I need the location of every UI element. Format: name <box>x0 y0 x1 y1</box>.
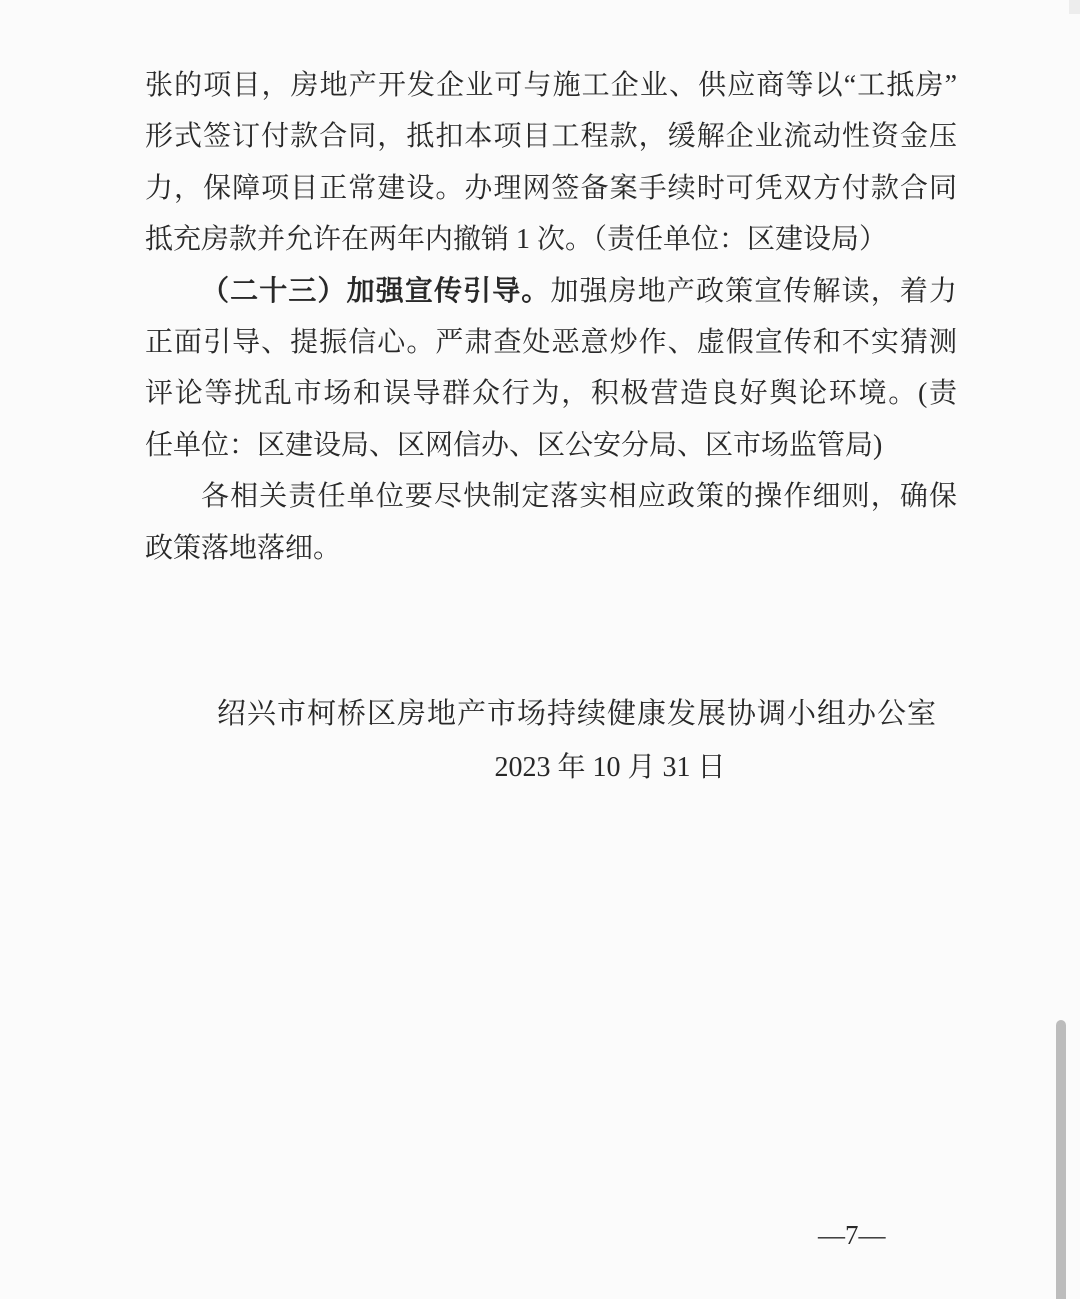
document-line: 任单位：区建设局、区网信办、区公安分局、区市场监管局) <box>145 420 957 471</box>
scan-artifact <box>1069 0 1080 14</box>
document-line: 各相关责任单位要尽快制定落实相应政策的操作细则，确保 <box>145 471 957 522</box>
document-line: 抵充房款并允许在两年内撤销 1 次。（责任单位：区建设局） <box>145 214 957 265</box>
text-run: 加强房地产政策宣传解读，着力 <box>550 276 957 307</box>
bold-text-run: （二十三）加强宣传引导。 <box>201 276 550 307</box>
text-run: 各相关责任单位要尽快制定落实相应政策的操作细则，确保 <box>201 481 957 512</box>
text-run: 抵充房款并允许在两年内撤销 1 次。（责任单位：区建设局） <box>145 224 887 255</box>
document-page: 张的项目，房地产开发企业可与施工企业、供应商等以“工抵房”形式签订付款合同，抵扣… <box>0 0 1080 1299</box>
signature-block: 绍兴市柯桥区房地产市场持续健康发展协调小组办公室 2023 年 10 月 31 … <box>0 688 1080 795</box>
document-line: 张的项目，房地产开发企业可与施工企业、供应商等以“工抵房” <box>145 60 957 111</box>
document-line: 形式签订付款合同，抵扣本项目工程款，缓解企业流动性资金压 <box>145 111 957 162</box>
text-run: 张的项目，房地产开发企业可与施工企业、供应商等以“工抵房” <box>145 70 957 101</box>
text-run: 任单位：区建设局、区网信办、区公安分局、区市场监管局) <box>145 430 882 461</box>
text-run: 力，保障项目正常建设。办理网签备案手续时可凭双方付款合同 <box>145 173 957 204</box>
document-body: 张的项目，房地产开发企业可与施工企业、供应商等以“工抵房”形式签订付款合同，抵扣… <box>145 60 957 574</box>
document-line: 评论等扰乱市场和误导群众行为，积极营造良好舆论环境。(责 <box>145 368 957 419</box>
signature-date: 2023 年 10 月 31 日 <box>0 740 1080 795</box>
text-run: 正面引导、提振信心。严肃查处恶意炒作、虚假宣传和不实猜测 <box>145 327 957 358</box>
document-line: （二十三）加强宣传引导。加强房地产政策宣传解读，着力 <box>145 266 957 317</box>
document-line: 力，保障项目正常建设。办理网签备案手续时可凭双方付款合同 <box>145 163 957 214</box>
document-line: 政策落地落细。 <box>145 523 957 574</box>
signature-organization: 绍兴市柯桥区房地产市场持续健康发展协调小组办公室 <box>0 688 1080 740</box>
page-number: —7— <box>818 1220 886 1250</box>
scrollbar-thumb[interactable] <box>1056 1020 1066 1299</box>
text-run: 政策落地落细。 <box>145 533 341 564</box>
text-run: 评论等扰乱市场和误导群众行为，积极营造良好舆论环境。(责 <box>145 378 957 409</box>
text-run: 形式签订付款合同，抵扣本项目工程款，缓解企业流动性资金压 <box>145 121 957 152</box>
document-line: 正面引导、提振信心。严肃查处恶意炒作、虚假宣传和不实猜测 <box>145 317 957 368</box>
